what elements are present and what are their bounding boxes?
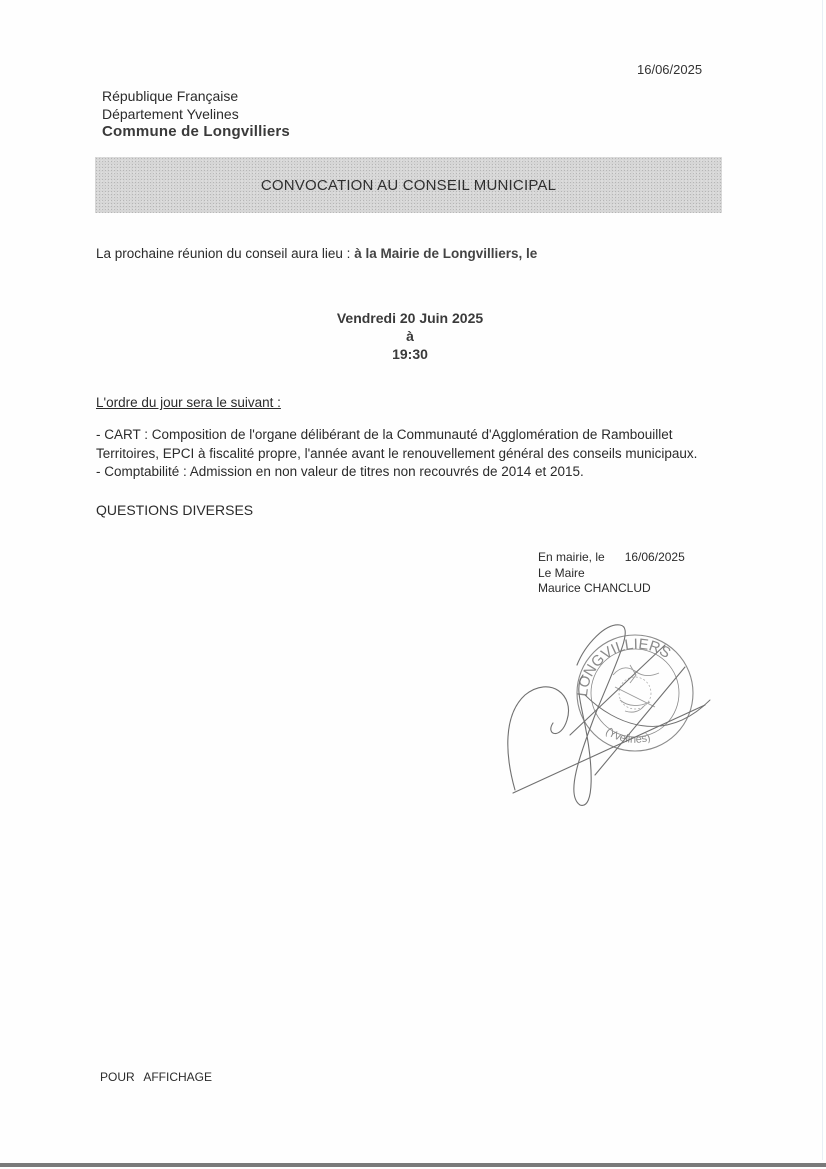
agenda-item: - Comptabilité : Admission en non valeur… (96, 463, 746, 482)
sign-date: 16/06/2025 (625, 550, 685, 564)
meeting-datetime: Vendredi 20 Juin 2025 à 19:30 (250, 309, 570, 363)
document-page: 16/06/2025 République Française Départem… (0, 0, 826, 1169)
header-republique: République Française (102, 87, 290, 105)
meeting-connector: à (250, 327, 570, 345)
sign-role: Le Maire (538, 566, 685, 582)
signature-and-stamp: LONGVILLIERS (Yvelines) (495, 605, 720, 820)
sign-name: Maurice CHANCLUD (538, 581, 685, 597)
header-departement: Département Yvelines (102, 105, 290, 123)
meeting-intro: La prochaine réunion du conseil aura lie… (96, 246, 537, 261)
agenda-item: Territoires, EPCI à fiscalité propre, l'… (96, 445, 746, 464)
agenda-item: - CART : Composition de l'organe délibér… (96, 426, 746, 445)
title-banner: CONVOCATION AU CONSEIL MUNICIPAL (95, 157, 722, 213)
sign-place-label: En mairie, le (538, 550, 605, 564)
issuer-header: République Française Département Yveline… (102, 87, 290, 141)
intro-text: La prochaine réunion du conseil aura lie… (96, 246, 354, 261)
questions-diverses: QUESTIONS DIVERSES (96, 502, 253, 518)
meeting-day: Vendredi 20 Juin 2025 (250, 309, 570, 327)
footer-affichage: POUR AFFICHAGE (100, 1070, 212, 1084)
document-date: 16/06/2025 (637, 62, 702, 77)
agenda-title: L'ordre du jour sera le suivant : (96, 395, 281, 410)
commune-seal-icon: LONGVILLIERS (Yvelines) (574, 635, 693, 751)
agenda-list: - CART : Composition de l'organe délibér… (96, 426, 746, 482)
meeting-time: 19:30 (250, 345, 570, 363)
document-title: CONVOCATION AU CONSEIL MUNICIPAL (261, 177, 556, 194)
scan-edge (822, 0, 823, 1160)
scan-bottom-bar (0, 1163, 826, 1167)
meeting-place: à la Mairie de Longvilliers, le (354, 246, 537, 261)
signature-block: En mairie, le16/06/2025 Le Maire Maurice… (538, 550, 685, 597)
header-commune: Commune de Longvilliers (102, 123, 290, 141)
